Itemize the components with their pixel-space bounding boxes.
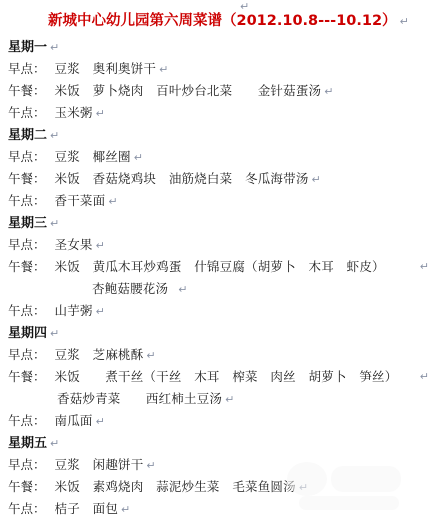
paragraph-mark-icon: ↵ <box>50 437 59 450</box>
title-line: 新城中心幼儿园第六周菜谱（2012.10.8---10.12）↵ <box>48 10 435 30</box>
paragraph-mark-icon: ↵ <box>50 327 59 340</box>
day-heading-thursday: 星期四↵ <box>0 322 435 344</box>
meal-label: 午点： <box>8 413 46 428</box>
paragraph-mark-icon: ↵ <box>50 41 59 54</box>
paragraph-mark-icon: ↵ <box>312 173 321 186</box>
meal-label: 午点： <box>8 303 46 318</box>
paragraph-mark-icon: ↵ <box>178 283 187 296</box>
meal-row: 午点：香干菜面↵ <box>0 190 435 212</box>
day-heading-label: 星期一 <box>8 40 47 55</box>
meal-items: 香干菜面 <box>55 193 106 208</box>
meal-label: 早点： <box>8 347 46 362</box>
paragraph-mark-icon: ↵ <box>50 129 59 142</box>
meal-row: 早点：豆浆 奥利奥饼干↵ <box>0 58 435 80</box>
paragraph-mark-icon: ↵ <box>159 63 168 76</box>
meal-row: 午餐：米饭 黄瓜木耳炒鸡蛋 什锦豆腐（胡萝卜 木耳 虾皮）↵ <box>0 256 435 278</box>
meal-items: 玉米粥 <box>55 105 93 120</box>
paragraph-mark-icon: ↵ <box>225 393 234 406</box>
day-heading-label: 星期五 <box>8 436 47 451</box>
meal-row: 午点：南瓜面↵ <box>0 410 435 432</box>
day-heading-label: 星期三 <box>8 216 47 231</box>
meal-row: 午餐：米饭 煮干丝（干丝 木耳 榨菜 肉丝 胡萝卜 笋丝）↵ <box>0 366 435 388</box>
meal-label: 早点： <box>8 61 46 76</box>
paragraph-mark-icon: ↵ <box>146 459 155 472</box>
meal-items: 豆浆 闲趣饼干 <box>55 457 144 472</box>
meal-label: 午餐： <box>8 369 46 384</box>
meal-items-continuation: 杏鲍菇腰花汤↵ <box>0 278 435 300</box>
paragraph-mark-icon: ↵ <box>400 15 409 28</box>
menu-title: 新城中心幼儿园第六周菜谱（2012.10.8---10.12） <box>48 13 397 29</box>
meal-items: 圣女果 <box>55 237 93 252</box>
meal-row: 早点：圣女果↵ <box>0 234 435 256</box>
meal-row: 早点：豆浆 芝麻桃酥↵ <box>0 344 435 366</box>
watermark <box>269 462 419 514</box>
meal-label: 午点： <box>8 501 46 516</box>
meal-items: 豆浆 芝麻桃酥 <box>55 347 144 362</box>
meal-label: 午餐： <box>8 479 46 494</box>
meal-label: 午餐： <box>8 171 46 186</box>
meal-row: 午餐：米饭 萝卜烧肉 百叶炒台北菜 金针菇蛋汤↵ <box>0 80 435 102</box>
paragraph-mark-icon: ↵ <box>134 151 143 164</box>
paragraph-mark-icon: ↵ <box>420 256 429 278</box>
paragraph-mark-icon: ↵ <box>121 503 130 516</box>
meal-items: 米饭 素鸡烧肉 蒜泥炒生菜 毛菜鱼圆汤 <box>55 479 296 494</box>
meal-items: 香菇炒青菜 西红柿土豆汤 <box>57 391 222 406</box>
day-heading-friday: 星期五↵ <box>0 432 435 454</box>
meal-label: 午点： <box>8 105 46 120</box>
meal-items: 米饭 萝卜烧肉 百叶炒台北菜 金针菇蛋汤 <box>55 83 322 98</box>
paragraph-mark-icon: ↵ <box>324 85 333 98</box>
paragraph-mark-icon: ↵ <box>96 239 105 252</box>
meal-label: 早点： <box>8 237 46 252</box>
meal-label: 午餐： <box>8 259 46 274</box>
document-page: ↵ 新城中心幼儿园第六周菜谱（2012.10.8---10.12）↵ 星期一↵ … <box>0 0 435 520</box>
meal-items: 山芋粥 <box>55 303 93 318</box>
meal-label: 午餐： <box>8 83 46 98</box>
meal-items: 杏鲍菇腰花汤 <box>92 281 168 296</box>
day-heading-label: 星期四 <box>8 326 47 341</box>
meal-label: 午点： <box>8 193 46 208</box>
paragraph-mark-icon: ↵ <box>420 366 429 388</box>
paragraph-mark-icon: ↵ <box>96 415 105 428</box>
day-heading-monday: 星期一↵ <box>0 36 435 58</box>
paragraph-mark-icon: ↵ <box>146 349 155 362</box>
day-heading-wednesday: 星期三↵ <box>0 212 435 234</box>
meal-items: 豆浆 椰丝圈 <box>55 149 131 164</box>
paragraph-mark-icon: ↵ <box>96 107 105 120</box>
meal-row: 早点：豆浆 椰丝圈↵ <box>0 146 435 168</box>
meal-items: 南瓜面 <box>55 413 93 428</box>
meal-items: 米饭 黄瓜木耳炒鸡蛋 什锦豆腐（胡萝卜 木耳 虾皮） <box>55 259 385 274</box>
meal-items: 桔子 面包 <box>55 501 119 516</box>
meal-label: 早点： <box>8 149 46 164</box>
paragraph-mark-icon: ↵ <box>240 0 249 13</box>
paragraph-mark-icon: ↵ <box>108 195 117 208</box>
meal-row: 午点：玉米粥↵ <box>0 102 435 124</box>
day-heading-label: 星期二 <box>8 128 47 143</box>
meal-label: 早点： <box>8 457 46 472</box>
paragraph-mark-icon: ↵ <box>96 305 105 318</box>
meal-items: 米饭 煮干丝（干丝 木耳 榨菜 肉丝 胡萝卜 笋丝） <box>55 369 398 384</box>
meal-row: 午餐：米饭 香菇烧鸡块 油筋烧白菜 冬瓜海带汤↵ <box>0 168 435 190</box>
meal-items-continuation: 香菇炒青菜 西红柿土豆汤↵ <box>0 388 435 410</box>
meal-row: 午点：山芋粥↵ <box>0 300 435 322</box>
meal-items: 豆浆 奥利奥饼干 <box>55 61 157 76</box>
meal-items: 米饭 香菇烧鸡块 油筋烧白菜 冬瓜海带汤 <box>55 171 309 186</box>
day-heading-tuesday: 星期二↵ <box>0 124 435 146</box>
paragraph-mark-icon: ↵ <box>50 217 59 230</box>
